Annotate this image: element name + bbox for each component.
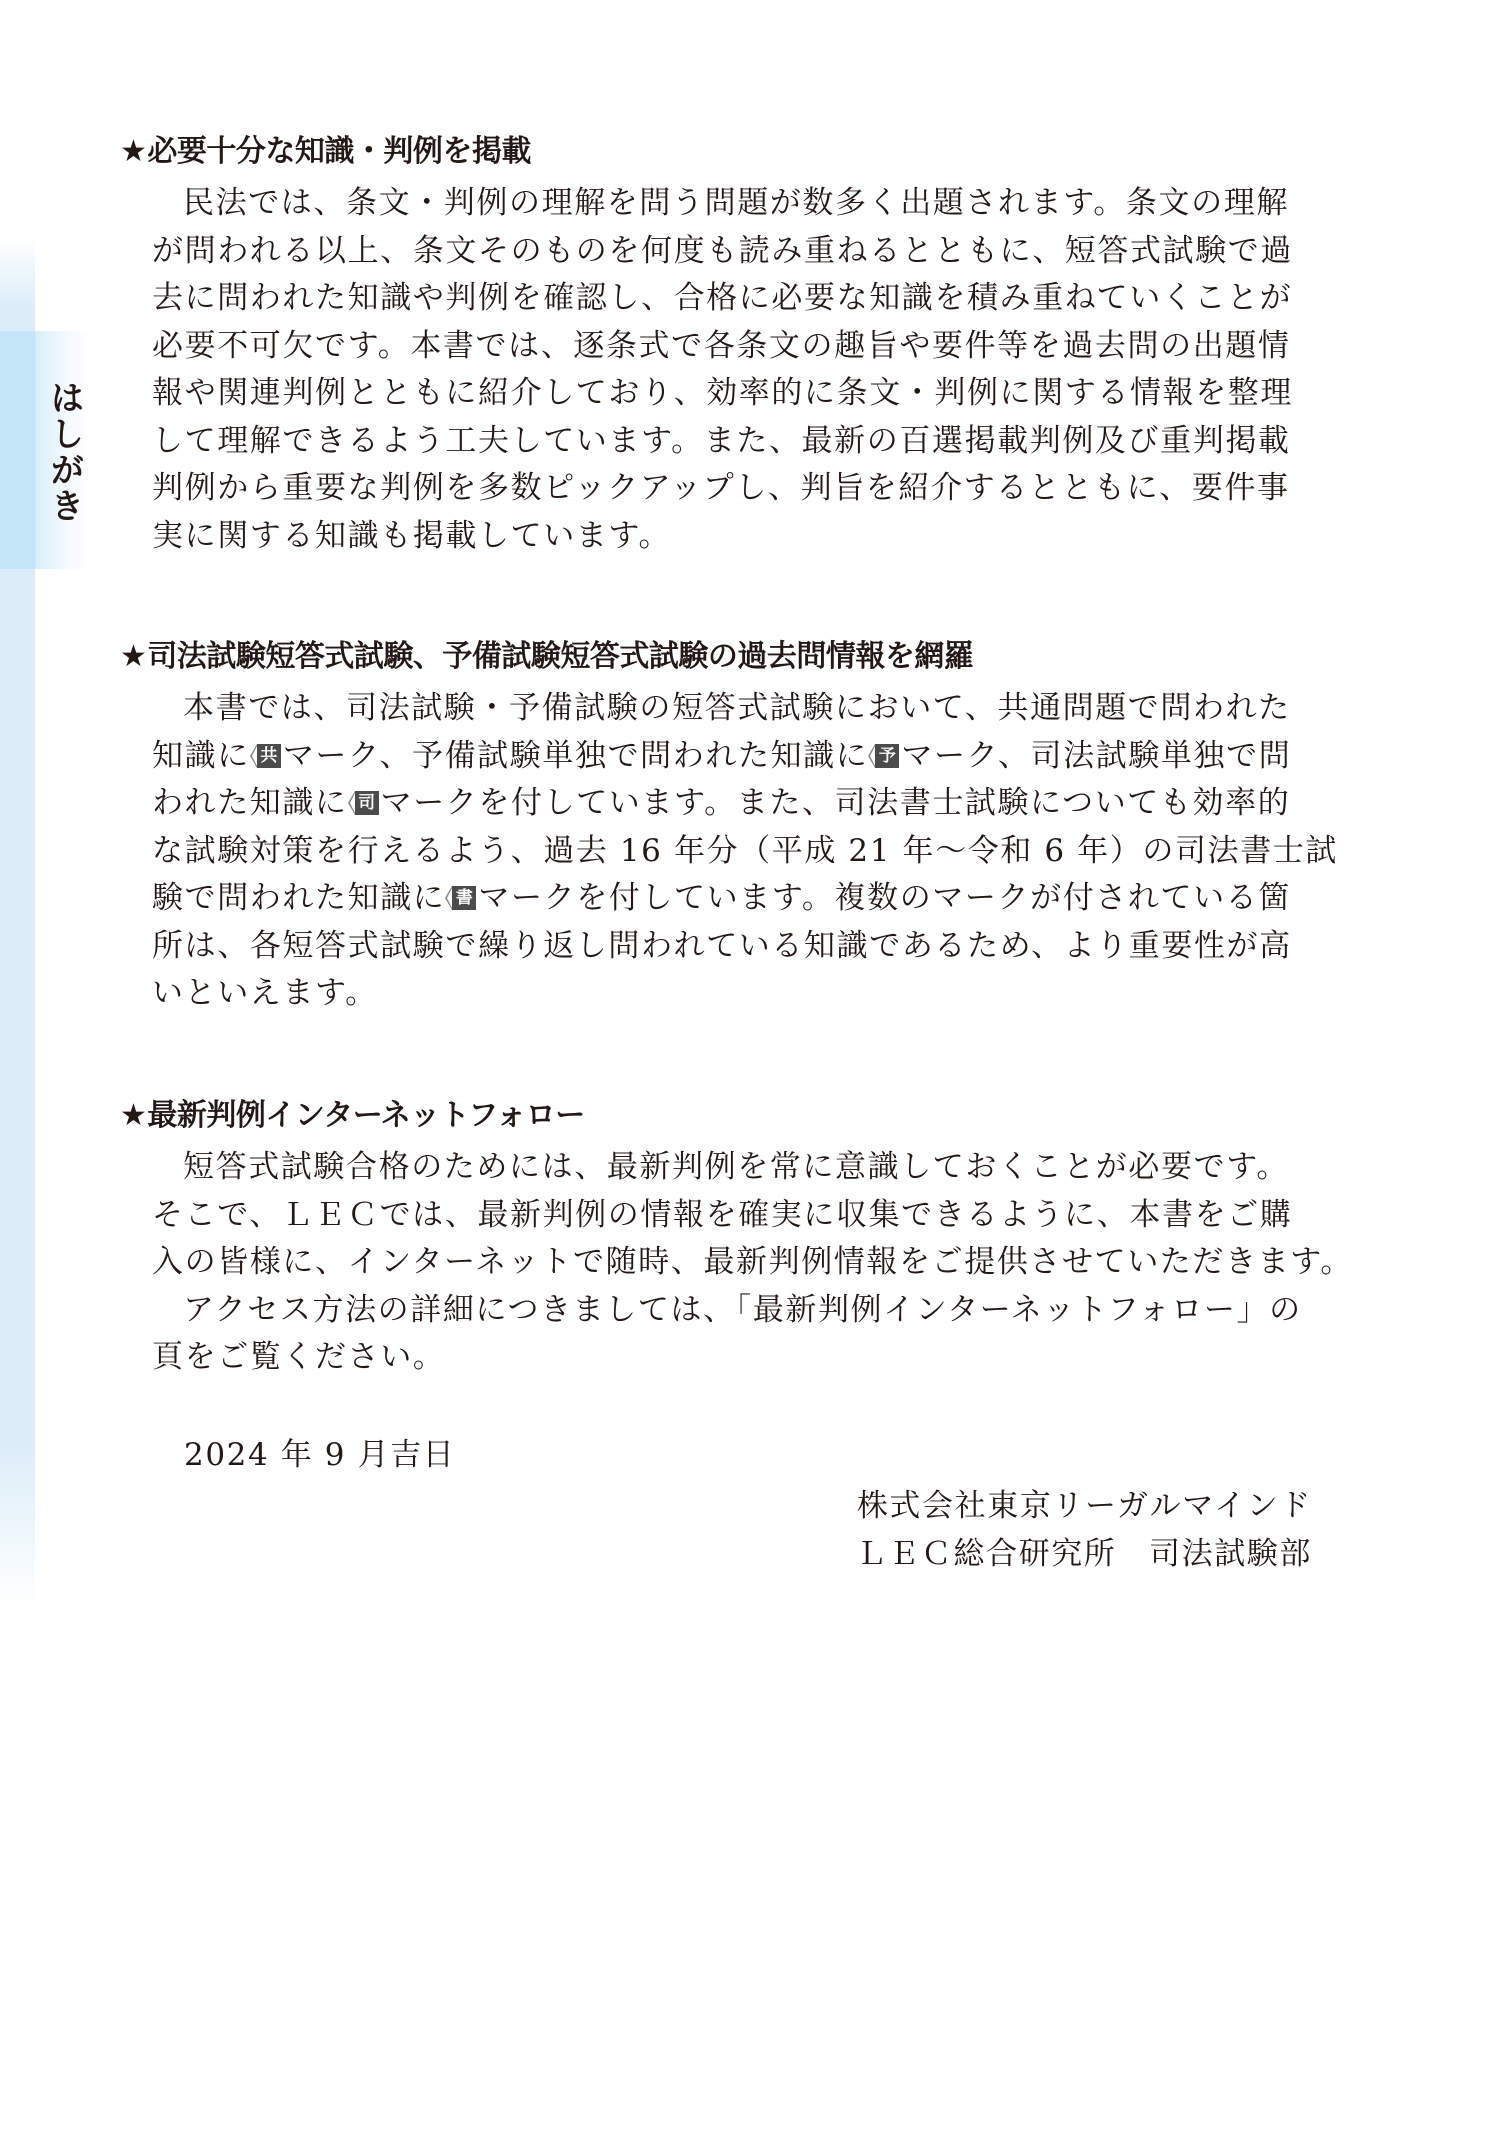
paragraph-line: 判例から重要な判例を多数ピックアップし、判旨を紹介するとともに、要件事 [152, 465, 1312, 513]
section-heading: ★司法試験短答式試験、予備試験短答式試験の過去問情報を網羅 [120, 637, 1312, 677]
paragraph-line: 頁をご覧ください。 [152, 1334, 1312, 1382]
bar-exam-mark-icon: 司 [355, 791, 379, 815]
paragraph-line: 実に関する知識も掲載しています。 [152, 513, 1312, 561]
preliminary-mark-icon: 予 [875, 744, 899, 768]
paragraph-line: が問われる以上、条文そのものを何度も読み重ねるとともに、短答式試験で過 [152, 228, 1312, 276]
section-paragraph: 短答式試験合格のためには、最新判例を常に意識しておくことが必要です。 そこで、Ｌ… [120, 1144, 1312, 1382]
star-icon: ★ [120, 132, 146, 172]
scrivener-mark-icon: 書 [452, 886, 476, 910]
section-heading-text: 必要十分な知識・判例を掲載 [147, 134, 531, 169]
mark-angle-icon [868, 744, 875, 768]
paragraph-line: 去に問われた知識や判例を確認し、合格に必要な知識を積み重ねていくことが [152, 275, 1312, 323]
star-icon: ★ [120, 1096, 146, 1136]
paragraph-line: 短答式試験合格のためには、最新判例を常に意識しておくことが必要です。 [152, 1144, 1312, 1192]
star-icon: ★ [120, 637, 146, 677]
common-mark-badge: 共 [250, 744, 281, 768]
paragraph-line: 報や関連判例とともに紹介しており、効率的に条文・判例に関する情報を整理 [152, 370, 1312, 418]
section-heading-text: 最新判例インターネットフォロー [147, 1098, 584, 1133]
paragraph-line: 所は、各短答式試験で繰り返し問われている知識であるため、より重要性が高 [152, 923, 1312, 971]
section-knowledge-cases: ★必要十分な知識・判例を掲載 民法では、条文・判例の理解を問う問題が数多く出題さ… [120, 132, 1312, 560]
paragraph-line: 民法では、条文・判例の理解を問う問題が数多く出題されます。条文の理解 [152, 180, 1312, 228]
paragraph-line: 験で問われた知識に書マークを付しています。複数のマークが付されている箇 [152, 875, 1312, 923]
paragraph-line: アクセス方法の詳細につきましては、「最新判例インターネットフォロー」の [152, 1287, 1312, 1335]
paragraph-line: そこで、ＬＥＣでは、最新判例の情報を確実に収集できるように、本書をご購 [152, 1192, 1312, 1240]
section-paragraph: 本書では、司法試験・予備試験の短答式試験において、共通問題で問われた 知識に共マ… [120, 685, 1312, 1018]
paragraph-line: われた知識に司マークを付しています。また、司法書士試験についても効率的 [152, 780, 1312, 828]
paragraph-line: 入の皆様に、インターネットで随時、最新判例情報をご提供させていただきます。 [152, 1239, 1312, 1287]
section-heading-text: 司法試験短答式試験、予備試験短答式試験の過去問情報を網羅 [147, 639, 973, 674]
paragraph-line: 必要不可欠です。本書では、逐条式で各条文の趣旨や要件等を過去問の出題情 [152, 323, 1312, 371]
paragraph-line: な試験対策を行えるよう、過去 16 年分（平成 21 年～令和 6 年）の司法書… [152, 828, 1312, 876]
section-internet-follow: ★最新判例インターネットフォロー 短答式試験合格のためには、最新判例を常に意識し… [120, 1096, 1312, 1382]
mark-angle-icon [348, 791, 355, 815]
mark-angle-icon [445, 886, 452, 910]
paragraph-line: 本書では、司法試験・予備試験の短答式試験において、共通問題で問われた [152, 685, 1312, 733]
scrivener-mark-badge: 書 [445, 886, 476, 910]
common-mark-icon: 共 [257, 744, 281, 768]
preliminary-mark-badge: 予 [868, 744, 899, 768]
date-line: 2024 年 9 月吉日 [184, 1432, 455, 1479]
signature-department: ＬＥＣ総合研究所 司法試験部 [712, 1531, 1312, 1578]
section-past-exam-info: ★司法試験短答式試験、予備試験短答式試験の過去問情報を網羅 本書では、司法試験・… [120, 637, 1312, 1018]
section-heading: ★必要十分な知識・判例を掲載 [120, 132, 1312, 172]
paragraph-line: いといえます。 [152, 970, 1312, 1018]
section-paragraph: 民法では、条文・判例の理解を問う問題が数多く出題されます。条文の理解 が問われる… [120, 180, 1312, 560]
mark-angle-icon [250, 744, 257, 768]
bar-exam-mark-badge: 司 [348, 791, 379, 815]
paragraph-line: 知識に共マーク、予備試験単独で問われた知識に予マーク、司法試験単独で問 [152, 733, 1312, 781]
signature-company: 株式会社東京リーガルマインド [712, 1483, 1312, 1530]
chapter-tab-label: はしがき [44, 380, 84, 524]
section-heading: ★最新判例インターネットフォロー [120, 1096, 1312, 1136]
paragraph-line: して理解できるよう工夫しています。また、最新の百選掲載判例及び重判掲載 [152, 418, 1312, 466]
